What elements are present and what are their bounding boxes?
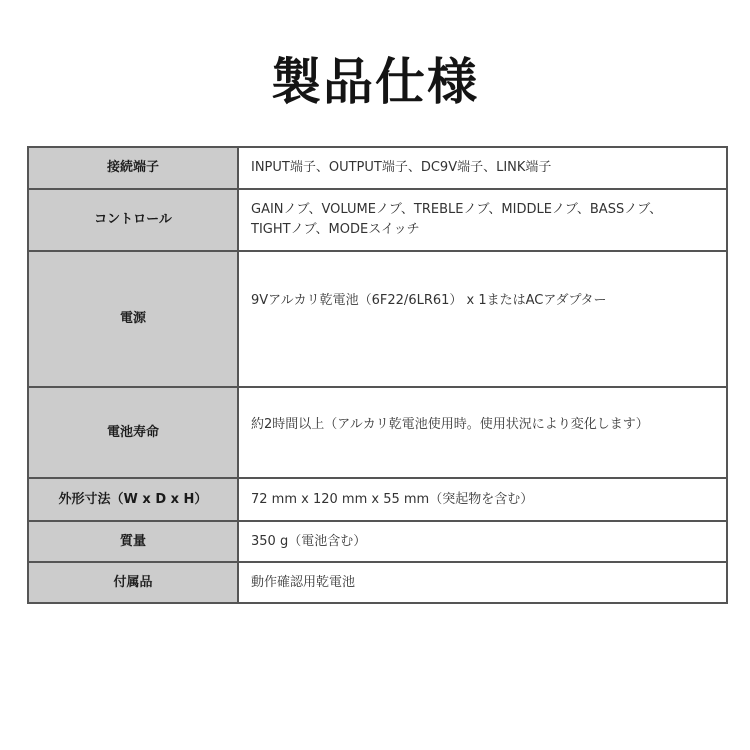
- spec-key-battery-life: 電池寿命: [28, 387, 238, 478]
- value-line: INPUT端子、OUTPUT端子、DC9V端子、LINK端子: [251, 158, 716, 178]
- table-row: 付属品 動作確認用乾電池: [28, 562, 727, 603]
- value-line: 9Vアルカリ乾電池（6F22/6LR61） x 1またはACアダプター: [251, 291, 716, 311]
- value-line: 350 g（電池含む）: [251, 532, 716, 552]
- spec-key-accessories: 付属品: [28, 562, 238, 603]
- value-line: TIGHTノブ、MODEスイッチ: [251, 220, 716, 240]
- table-row: 電源 9Vアルカリ乾電池（6F22/6LR61） x 1またはACアダプター: [28, 251, 727, 387]
- page-title: 製品仕様: [0, 52, 750, 112]
- spec-value-power: 9Vアルカリ乾電池（6F22/6LR61） x 1またはACアダプター: [238, 251, 727, 387]
- table-row: 接続端子 INPUT端子、OUTPUT端子、DC9V端子、LINK端子: [28, 147, 727, 189]
- spec-key-weight: 質量: [28, 521, 238, 562]
- spec-key-power: 電源: [28, 251, 238, 387]
- value-line: 動作確認用乾電池: [251, 573, 716, 593]
- spec-key-controls: コントロール: [28, 189, 238, 251]
- spec-value-weight: 350 g（電池含む）: [238, 521, 727, 562]
- spec-key-connectors: 接続端子: [28, 147, 238, 189]
- spec-value-battery-life: 約2時間以上（アルカリ乾電池使用時。使用状況により変化します）: [238, 387, 727, 478]
- spec-value-dimensions: 72 mm x 120 mm x 55 mm（突起物を含む）: [238, 478, 727, 521]
- value-line: 72 mm x 120 mm x 55 mm（突起物を含む）: [251, 490, 716, 510]
- spec-value-controls: GAINノブ、VOLUMEノブ、TREBLEノブ、MIDDLEノブ、BASSノブ…: [238, 189, 727, 251]
- spec-value-connectors: INPUT端子、OUTPUT端子、DC9V端子、LINK端子: [238, 147, 727, 189]
- table-row: 質量 350 g（電池含む）: [28, 521, 727, 562]
- value-line: GAINノブ、VOLUMEノブ、TREBLEノブ、MIDDLEノブ、BASSノブ…: [251, 200, 716, 220]
- table-row: 電池寿命 約2時間以上（アルカリ乾電池使用時。使用状況により変化します）: [28, 387, 727, 478]
- value-line: 約2時間以上（アルカリ乾電池使用時。使用状況により変化します）: [251, 415, 716, 435]
- table-row: コントロール GAINノブ、VOLUMEノブ、TREBLEノブ、MIDDLEノブ…: [28, 189, 727, 251]
- spec-value-accessories: 動作確認用乾電池: [238, 562, 727, 603]
- spec-key-dimensions: 外形寸法（W x D x H）: [28, 478, 238, 521]
- spec-table: 接続端子 INPUT端子、OUTPUT端子、DC9V端子、LINK端子 コントロ…: [27, 146, 728, 604]
- table-row: 外形寸法（W x D x H） 72 mm x 120 mm x 55 mm（突…: [28, 478, 727, 521]
